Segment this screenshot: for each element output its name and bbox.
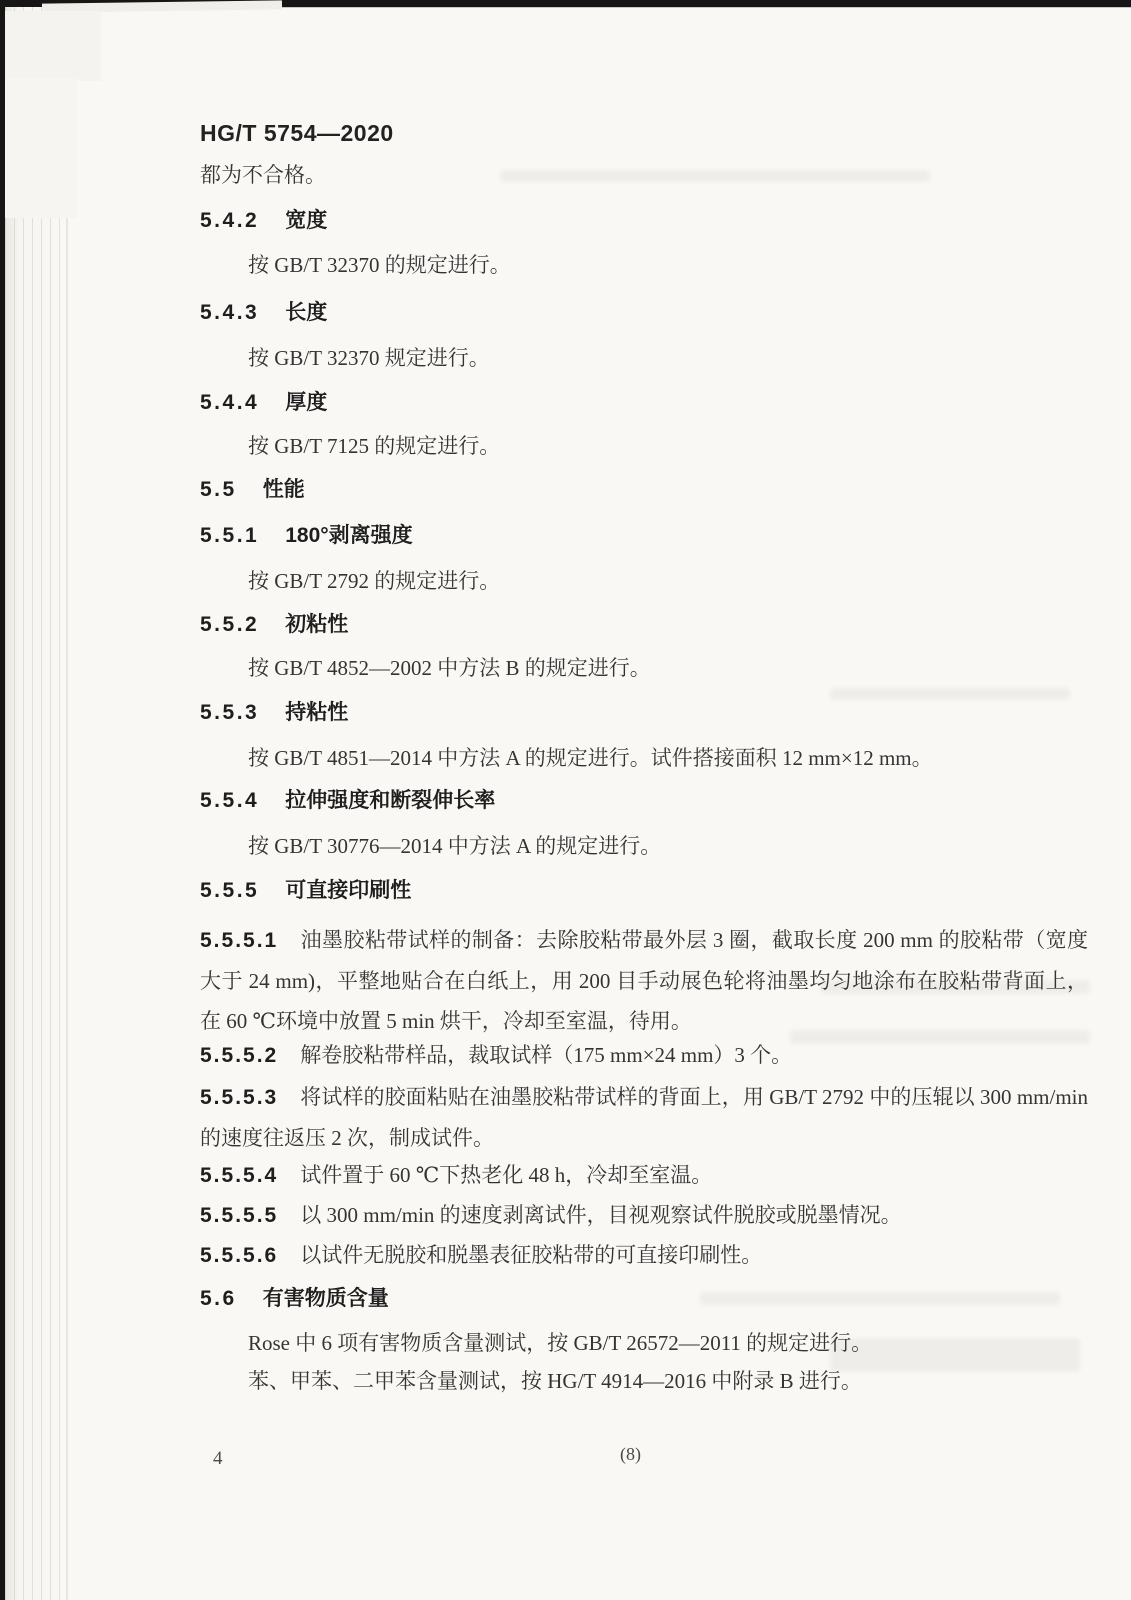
paragraph-number: 5.5.5.6	[200, 1244, 278, 1267]
paragraph: Rose 中 6 项有害物质含量测试，按 GB/T 26572—2011 的规定…	[200, 1328, 1131, 1358]
heading-title: 拉伸强度和断裂伸长率	[285, 789, 495, 812]
heading-number: 5.4.2	[200, 209, 259, 232]
para-5-5-5-1: 5.5.5.1油墨胶粘带试样的制备：去除胶粘带最外层 3 圈，截取长度 200 …	[200, 920, 1088, 1041]
heading-5-5-5: 5.5.5可直接印刷性	[200, 876, 1088, 906]
heading-5-5: 5.5性能	[200, 475, 1088, 505]
heading-title: 性能	[263, 478, 305, 501]
para-5-5-5-5: 5.5.5.5以 300 mm/min 的速度剥离试件，目视观察试件脱胶或脱墨情…	[200, 1200, 1088, 1231]
heading-5-4-2: 5.4.2宽度	[200, 206, 1088, 236]
paragraph: 按 GB/T 32370 的规定进行。	[200, 250, 1131, 280]
heading-number: 5.5.5	[200, 879, 259, 902]
heading-number: 5.6	[200, 1287, 237, 1310]
paragraph: 苯、甲苯、二甲苯含量测试，按 HG/T 4914—2016 中附录 B 进行。	[200, 1366, 1131, 1396]
paragraph-text: 油墨胶粘带试样的制备：去除胶粘带最外层 3 圈，截取长度 200 mm 的胶粘带…	[200, 928, 1088, 1033]
standard-number: HG/T 5754—2020	[200, 120, 394, 147]
heading-5-5-4: 5.5.4拉伸强度和断裂伸长率	[200, 786, 1088, 816]
paragraph-text: 以 300 mm/min 的速度剥离试件，目视观察试件脱胶或脱墨情况。	[300, 1203, 901, 1227]
heading-5-4-3: 5.4.3长度	[200, 298, 1088, 328]
para-5-5-5-4: 5.5.5.4试件置于 60 ℃下热老化 48 h，冷却至室温。	[200, 1160, 1088, 1191]
heading-title: 长度	[285, 301, 327, 324]
heading-title: 持粘性	[285, 701, 348, 724]
heading-number: 5.4.4	[200, 391, 259, 414]
paragraph: 按 GB/T 2792 的规定进行。	[200, 566, 1131, 596]
heading-title: 初粘性	[285, 613, 348, 636]
paragraph-number: 5.5.5.1	[200, 929, 278, 952]
heading-number: 5.4.3	[200, 301, 259, 324]
paragraph-number: 5.5.5.5	[200, 1204, 278, 1227]
paragraph: 按 GB/T 4852—2002 中方法 B 的规定进行。	[200, 653, 1131, 683]
heading-5-4-4: 5.4.4厚度	[200, 388, 1088, 418]
document-content: HG/T 5754—2020 都为不合格。 5.4.2宽度 按 GB/T 323…	[200, 0, 1088, 1600]
paragraph-text: 试件置于 60 ℃下热老化 48 h，冷却至室温。	[300, 1163, 712, 1187]
heading-number: 5.5	[200, 478, 237, 501]
heading-title: 有害物质含量	[263, 1287, 389, 1310]
heading-number: 5.5.1	[200, 524, 259, 547]
para-5-5-5-6: 5.5.5.6以试件无脱胶和脱墨表征胶粘带的可直接印刷性。	[200, 1240, 1088, 1271]
heading-5-6: 5.6有害物质含量	[200, 1284, 1088, 1314]
heading-number: 5.5.4	[200, 789, 259, 812]
heading-number: 5.5.2	[200, 613, 259, 636]
heading-number: 5.5.3	[200, 701, 259, 724]
paragraph-number: 5.5.5.2	[200, 1044, 278, 1067]
paragraph-text: 将试样的胶面粘贴在油墨胶粘带试样的背面上，用 GB/T 2792 中的压辊以 3…	[200, 1085, 1088, 1150]
heading-title: 宽度	[285, 209, 327, 232]
heading-title: 可直接印刷性	[285, 879, 411, 902]
page-edge-shadow	[66, 7, 68, 1600]
paragraph: 按 GB/T 4851—2014 中方法 A 的规定进行。试件搭接面积 12 m…	[200, 743, 1131, 773]
heading-title: 厚度	[285, 391, 327, 414]
heading-5-5-2: 5.5.2初粘性	[200, 610, 1088, 640]
paragraph: 按 GB/T 30776—2014 中方法 A 的规定进行。	[200, 831, 1131, 861]
paragraph-text: 解卷胶粘带样品，裁取试样（175 mm×24 mm）3 个。	[300, 1043, 792, 1067]
page-stack-edges	[5, 7, 67, 1600]
scan-corner-artifact	[5, 78, 77, 218]
scan-corner-artifact	[5, 11, 101, 81]
sheet-number: (8)	[620, 1444, 641, 1465]
para-5-5-5-2: 5.5.5.2解卷胶粘带样品，裁取试样（175 mm×24 mm）3 个。	[200, 1040, 1088, 1071]
page-number: 4	[213, 1448, 223, 1470]
heading-title: 180°剥离强度	[285, 524, 412, 547]
heading-5-5-1: 5.5.1180°剥离强度	[200, 521, 1088, 551]
para-5-5-5-3: 5.5.5.3将试样的胶面粘贴在油墨胶粘带试样的背面上，用 GB/T 2792 …	[200, 1077, 1088, 1158]
heading-5-5-3: 5.5.3持粘性	[200, 698, 1088, 728]
paragraph: 都为不合格。	[200, 160, 1088, 190]
paragraph-text: 以试件无脱胶和脱墨表征胶粘带的可直接印刷性。	[300, 1243, 762, 1267]
paragraph: 按 GB/T 7125 的规定进行。	[200, 431, 1131, 461]
paragraph-number: 5.5.5.4	[200, 1164, 278, 1187]
paragraph-number: 5.5.5.3	[200, 1086, 278, 1109]
paragraph: 按 GB/T 32370 规定进行。	[200, 343, 1131, 373]
